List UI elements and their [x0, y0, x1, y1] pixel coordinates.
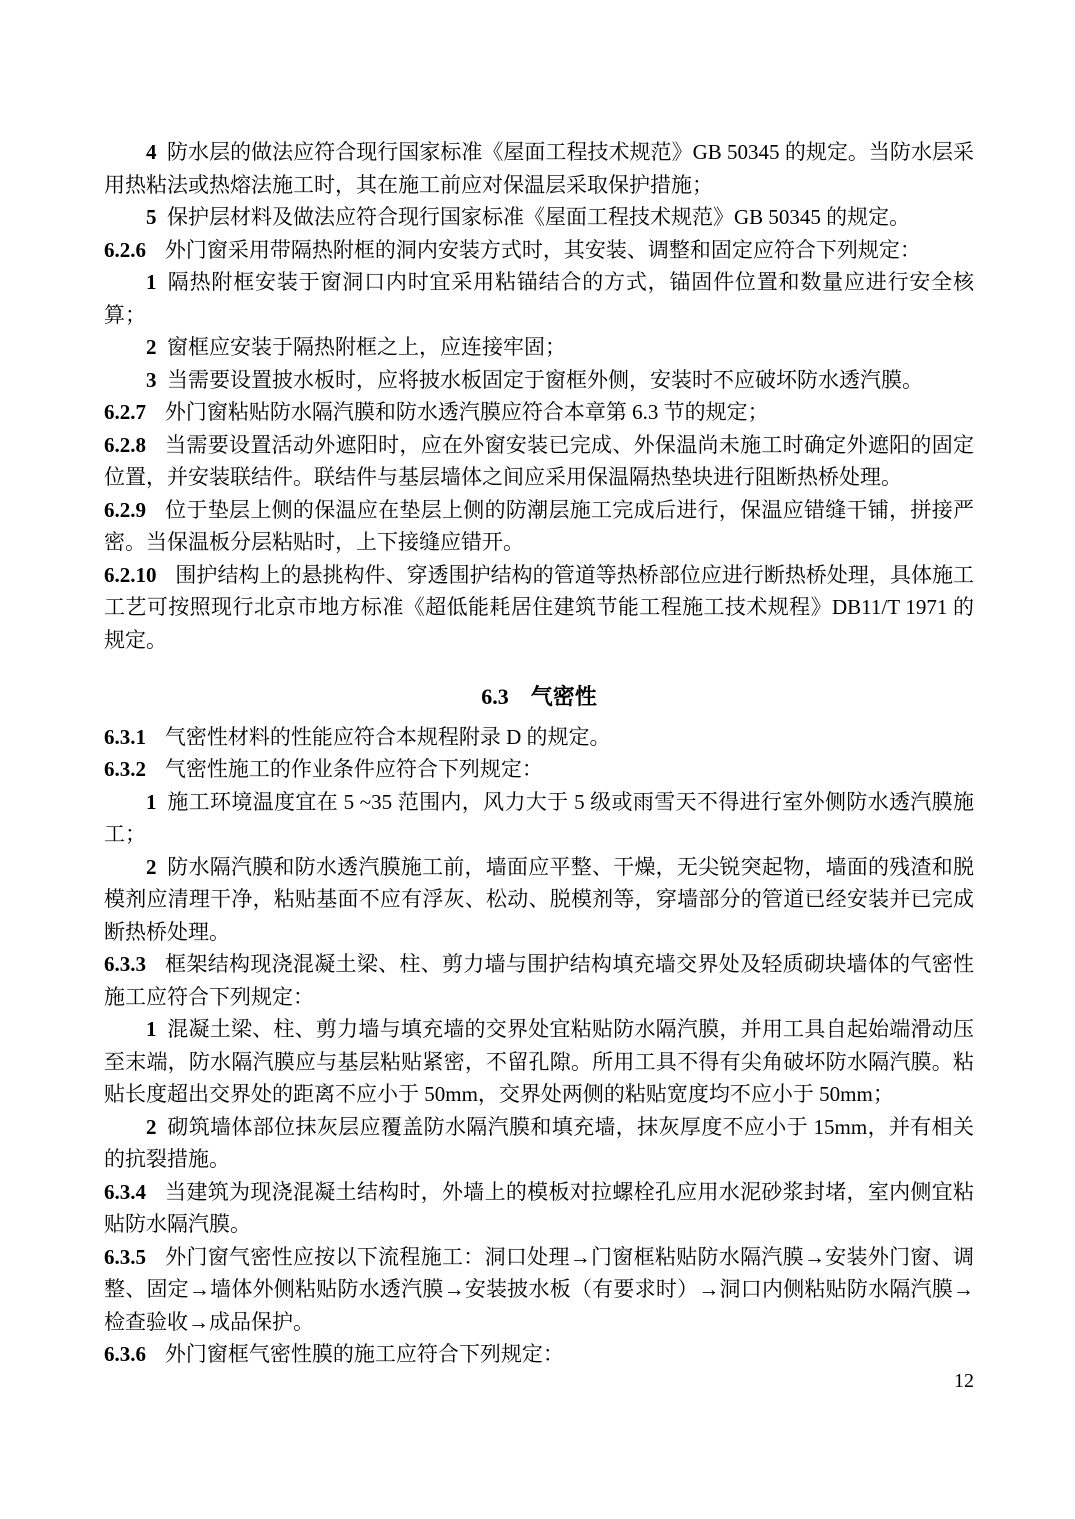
paragraph-text: 当需要设置披水板时，应将披水板固定于窗框外侧，安装时不应破坏防水透汽膜。	[167, 368, 923, 392]
item-paragraph: 2窗框应安装于隔热附框之上，应连接牢固；	[104, 331, 974, 364]
clause-paragraph: 6.2.8当需要设置活动外遮阳时，应在外窗安装已完成、外保温尚未施工时确定外遮阳…	[104, 429, 974, 494]
paragraph-text: 气密性	[531, 684, 597, 709]
paragraph-label: 2	[146, 335, 157, 359]
paragraph-text: 气密性施工的作业条件应符合下列规定：	[165, 757, 543, 781]
paragraph-text: 隔热附框安装于窗洞口内时宜采用粘锚结合的方式，锚固件位置和数量应进行安全核算；	[104, 270, 974, 327]
paragraph-label: 6.2.6	[104, 238, 146, 262]
page-footer: 12	[104, 1366, 974, 1396]
paragraph-label: 6.3.1	[104, 725, 146, 749]
clause-paragraph: 6.2.9位于垫层上侧的保温应在垫层上侧的防潮层施工完成后进行，保温应错缝干铺，…	[104, 494, 974, 559]
paragraph-label: 4	[146, 140, 157, 164]
clause-paragraph: 6.2.10围护结构上的悬挑构件、穿透围护结构的管道等热桥部位应进行断热桥处理，…	[104, 559, 974, 657]
paragraph-text: 保护层材料及做法应符合现行国家标准《屋面工程技术规范》GB 50345 的规定。	[167, 205, 910, 229]
paragraph-text: 围护结构上的悬挑构件、穿透围护结构的管道等热桥部位应进行断热桥处理，具体施工工艺…	[104, 563, 974, 652]
paragraph-text: 砌筑墙体部位抹灰层应覆盖防水隔汽膜和填充墙，抹灰厚度不应小于 15mm，并有相关…	[104, 1115, 974, 1172]
paragraph-label: 1	[146, 790, 157, 814]
clause-paragraph: 6.3.4当建筑为现浇混凝土结构时，外墙上的模板对拉螺栓孔应用水泥砂浆封堵，室内…	[104, 1176, 974, 1241]
paragraph-label: 5	[146, 205, 157, 229]
item-paragraph: 1混凝土梁、柱、剪力墙与填充墙的交界处宜粘贴防水隔汽膜，并用工具自起始端滑动压至…	[104, 1013, 974, 1111]
paragraph-label: 1	[146, 1017, 157, 1041]
clause-paragraph: 6.3.2气密性施工的作业条件应符合下列规定：	[104, 753, 974, 786]
item-paragraph: 4防水层的做法应符合现行国家标准《屋面工程技术规范》GB 50345 的规定。当…	[104, 136, 974, 201]
clause-paragraph: 6.2.7外门窗粘贴防水隔汽膜和防水透汽膜应符合本章第 6.3 节的规定；	[104, 396, 974, 429]
paragraph-label: 2	[146, 855, 157, 879]
clause-paragraph: 6.3.1气密性材料的性能应符合本规程附录 D 的规定。	[104, 721, 974, 754]
paragraph-label: 2	[146, 1115, 157, 1139]
paragraph-label: 6.3.5	[104, 1245, 146, 1269]
paragraph-text: 混凝土梁、柱、剪力墙与填充墙的交界处宜粘贴防水隔汽膜，并用工具自起始端滑动压至末…	[104, 1017, 974, 1106]
paragraph-text: 框架结构现浇混凝土梁、柱、剪力墙与围护结构填充墙交界处及轻质砌块墙体的气密性施工…	[104, 952, 974, 1009]
paragraph-label: 6.3	[481, 684, 509, 709]
paragraph-text: 外门窗粘贴防水隔汽膜和防水透汽膜应符合本章第 6.3 节的规定；	[165, 400, 769, 424]
paragraph-text: 气密性材料的性能应符合本规程附录 D 的规定。	[165, 725, 611, 749]
paragraph-label: 6.3.6	[104, 1342, 146, 1366]
item-paragraph: 5保护层材料及做法应符合现行国家标准《屋面工程技术规范》GB 50345 的规定…	[104, 201, 974, 234]
paragraph-label: 6.2.7	[104, 400, 146, 424]
paragraph-label: 6.2.8	[104, 433, 146, 457]
paragraph-label: 3	[146, 368, 157, 392]
paragraph-label: 6.3.4	[104, 1180, 146, 1204]
item-paragraph: 2砌筑墙体部位抹灰层应覆盖防水隔汽膜和填充墙，抹灰厚度不应小于 15mm，并有相…	[104, 1111, 974, 1176]
clause-paragraph: 6.3.5外门窗气密性应按以下流程施工：洞口处理→门窗框粘贴防水隔汽膜→安装外门…	[104, 1241, 974, 1339]
page-number: 12	[954, 1370, 974, 1392]
document-body: 4防水层的做法应符合现行国家标准《屋面工程技术规范》GB 50345 的规定。当…	[104, 136, 974, 1371]
clause-paragraph: 6.2.6外门窗采用带隔热附框的洞内安装方式时，其安装、调整和固定应符合下列规定…	[104, 234, 974, 267]
item-paragraph: 3当需要设置披水板时，应将披水板固定于窗框外侧，安装时不应破坏防水透汽膜。	[104, 364, 974, 397]
item-paragraph: 1隔热附框安装于窗洞口内时宜采用粘锚结合的方式，锚固件位置和数量应进行安全核算；	[104, 266, 974, 331]
paragraph-text: 施工环境温度宜在 5 ~35 范围内，风力大于 5 级或雨雪天不得进行室外侧防水…	[104, 790, 974, 847]
paragraph-label: 6.3.3	[104, 952, 146, 976]
item-paragraph: 1施工环境温度宜在 5 ~35 范围内，风力大于 5 级或雨雪天不得进行室外侧防…	[104, 786, 974, 851]
paragraph-text: 外门窗气密性应按以下流程施工：洞口处理→门窗框粘贴防水隔汽膜→安装外门窗、调整、…	[104, 1245, 974, 1334]
paragraph-text: 位于垫层上侧的保温应在垫层上侧的防潮层施工完成后进行，保温应错缝干铺，拼接严密。…	[104, 498, 974, 555]
item-paragraph: 2防水隔汽膜和防水透汽膜施工前，墙面应平整、干燥，无尖锐突起物，墙面的残渣和脱模…	[104, 851, 974, 949]
paragraph-text: 当建筑为现浇混凝土结构时，外墙上的模板对拉螺栓孔应用水泥砂浆封堵，室内侧宜粘贴防…	[104, 1180, 974, 1237]
paragraph-text: 窗框应安装于隔热附框之上，应连接牢固；	[167, 335, 566, 359]
paragraph-text: 当需要设置活动外遮阳时，应在外窗安装已完成、外保温尚未施工时确定外遮阳的固定位置…	[104, 433, 974, 490]
paragraph-text: 外门窗采用带隔热附框的洞内安装方式时，其安装、调整和固定应符合下列规定：	[165, 238, 921, 262]
paragraph-label: 1	[146, 270, 157, 294]
paragraph-text: 防水隔汽膜和防水透汽膜施工前，墙面应平整、干燥，无尖锐突起物，墙面的残渣和脱模剂…	[104, 855, 974, 944]
paragraph-text: 防水层的做法应符合现行国家标准《屋面工程技术规范》GB 50345 的规定。当防…	[104, 140, 974, 197]
section-heading: 6.3气密性	[104, 681, 974, 714]
paragraph-label: 6.2.9	[104, 498, 146, 522]
paragraph-label: 6.3.2	[104, 757, 146, 781]
paragraph-label: 6.2.10	[104, 563, 157, 587]
paragraph-text: 外门窗框气密性膜的施工应符合下列规定：	[165, 1342, 564, 1366]
document-page: 4防水层的做法应符合现行国家标准《屋面工程技术规范》GB 50345 的规定。当…	[0, 0, 1075, 1519]
clause-paragraph: 6.3.3框架结构现浇混凝土梁、柱、剪力墙与围护结构填充墙交界处及轻质砌块墙体的…	[104, 948, 974, 1013]
